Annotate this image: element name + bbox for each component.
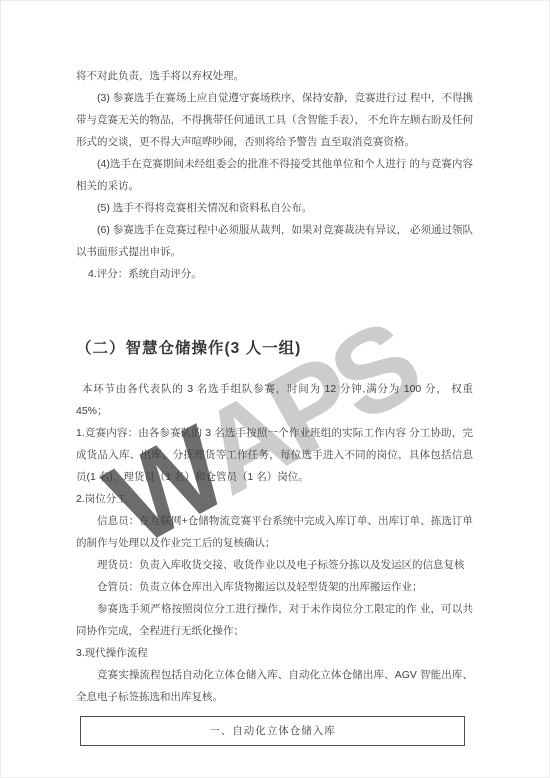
body-paragraph-overview: 本环节由各代表队的 3 名选手组队参赛，时间为 12 分钟,满分为 100 分，… [76,378,473,422]
body-paragraph-tally-clerk: 理货员：负责入库收货交接、收货作业以及电子标签分拣以及发运区的信息复核 [76,554,473,576]
body-paragraph-info-clerk: 信息员：在互联网+仓储物流竞赛平台系统中完成入库订单、出库订单、拣选订单的制作与… [76,510,473,554]
flow-step-box: 一、自动化立体仓储入库 [80,716,465,746]
intro-paragraph-rule-6: (6) 参赛选手在竞赛过程中必须服从裁判，如果对竞赛裁决有异议， 必须通过领队以… [76,219,473,263]
intro-paragraph-scoring: 4.评分：系统自动评分。 [76,263,473,285]
flow-step-box-title: 一、自动化立体仓储入库 [209,720,336,742]
body-paragraph-operation-rule: 参赛选手须严格按照岗位分工进行操作，对于未作岗位分工限定的作 业，可以共同协作完… [76,598,473,642]
intro-paragraph-rule-5: (5) 选手不得将竞赛相关情况和资料私自公布。 [76,197,473,219]
body-paragraph-process-title: 3.现代操作流程 [76,642,473,664]
document-text-block: 将不对此负责，选手将以弃权处理。 (3) 参赛选手在赛场上应自觉遵守赛场秩序，保… [76,65,473,746]
body-paragraph-content: 1.竞赛内容：由各参赛队的 3 名选手按照一个作业班组的实际工作内容 分工协助，… [76,422,473,488]
body-paragraph-warehouse-keeper: 仓管员：负责立体仓库出入库货物搬运以及轻型货架的出库搬运作业； [76,576,473,598]
document-canvas: WAPS 将不对此负责，选手将以弃权处理。 (3) 参赛选手在赛场上应自觉遵守赛… [1,1,549,777]
intro-paragraph-rule-4: (4)选手在竞赛期间未经组委会的批准不得接受其他单位和个人进行 的与竞赛内容相关… [76,153,473,197]
body-paragraph-process-detail: 竞赛实操流程包括自动化立体仓储入库、自动化立体仓储出库、AGV 智能出库、全息电… [76,664,473,708]
intro-paragraph-continuation: 将不对此负责，选手将以弃权处理。 [76,65,473,87]
intro-paragraph-rule-3: (3) 参赛选手在赛场上应自觉遵守赛场秩序，保持安静，竞赛进行过 程中，不得携带… [76,87,473,153]
document-page: { "doc": { "watermark": { "dark": "W", "… [0,0,550,778]
body-paragraph-roles-title: 2.岗位分工 [76,488,473,510]
section-heading: （二）智慧仓储操作(3 人一组) [76,336,473,362]
